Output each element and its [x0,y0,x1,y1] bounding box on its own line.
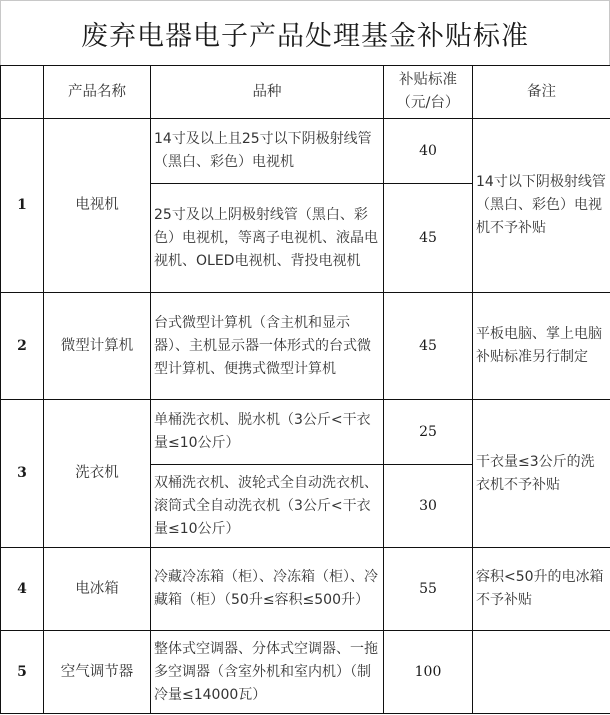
header-subsidy-line2: （元/台） [387,92,469,115]
subsidy-table: 产品名称 品种 补贴标准 （元/台） 备注 1 电视机 14寸及以上且25寸以下… [0,65,610,714]
row-index: 4 [1,548,44,631]
variety-cell: 整体式空调器、分体式空调器、一拖多空调器（含室外机和室内机）（制冷量≤14000… [151,631,384,714]
variety-cell: 双桶洗衣机、波轮式全自动洗衣机、滚筒式全自动洗衣机（3公斤<干衣量≤10公斤） [151,465,384,548]
subsidy-amount: 25 [384,400,473,465]
table-row: 2 微型计算机 台式微型计算机（含主机和显示器）、主机显示器一体形式的台式微型计… [1,293,610,400]
product-name: 空气调节器 [44,631,151,714]
product-name: 电冰箱 [44,548,151,631]
subsidy-amount: 100 [384,631,473,714]
subsidy-amount: 45 [384,293,473,400]
note-cell: 干衣量≤3公斤的洗衣机不予补贴 [473,400,610,548]
title-banner: 废弃电器电子产品处理基金补贴标准 [0,0,610,65]
header-variety: 品种 [151,66,384,119]
product-name: 洗衣机 [44,400,151,548]
product-name: 电视机 [44,119,151,293]
note-cell: 容积<50升的电冰箱不予补贴 [473,548,610,631]
subsidy-amount: 40 [384,119,473,184]
row-index: 5 [1,631,44,714]
note-cell: 14寸以下阴极射线管（黑白、彩色）电视机不予补贴 [473,119,610,293]
subsidy-amount: 30 [384,465,473,548]
variety-cell: 台式微型计算机（含主机和显示器）、主机显示器一体形式的台式微型计算机、便携式微型… [151,293,384,400]
row-index: 2 [1,293,44,400]
header-note: 备注 [473,66,610,119]
subsidy-amount: 55 [384,548,473,631]
table-row: 4 电冰箱 冷藏冷冻箱（柜）、冷冻箱（柜）、冷藏箱（柜）（50升≤容积≤500升… [1,548,610,631]
variety-cell: 25寸及以上阴极射线管（黑白、彩色）电视机，等离子电视机、液晶电视机、OLED电… [151,184,384,293]
note-cell [473,631,610,714]
table-header-row: 产品名称 品种 补贴标准 （元/台） 备注 [1,66,610,119]
table-row: 5 空气调节器 整体式空调器、分体式空调器、一拖多空调器（含室外机和室内机）（制… [1,631,610,714]
product-name: 微型计算机 [44,293,151,400]
header-index [1,66,44,119]
row-index: 3 [1,400,44,548]
note-cell: 平板电脑、掌上电脑补贴标准另行制定 [473,293,610,400]
row-index: 1 [1,119,44,293]
variety-cell: 冷藏冷冻箱（柜）、冷冻箱（柜）、冷藏箱（柜）（50升≤容积≤500升） [151,548,384,631]
header-subsidy-line1: 补贴标准 [387,69,469,92]
variety-cell: 单桶洗衣机、脱水机（3公斤<干衣量≤10公斤） [151,400,384,465]
subsidy-amount: 45 [384,184,473,293]
variety-cell: 14寸及以上且25寸以下阴极射线管（黑白、彩色）电视机 [151,119,384,184]
table-row: 3 洗衣机 单桶洗衣机、脱水机（3公斤<干衣量≤10公斤） 25 干衣量≤3公斤… [1,400,610,465]
table-row: 1 电视机 14寸及以上且25寸以下阴极射线管（黑白、彩色）电视机 40 14寸… [1,119,610,184]
header-subsidy: 补贴标准 （元/台） [384,66,473,119]
page-title: 废弃电器电子产品处理基金补贴标准 [81,14,529,53]
header-product-name: 产品名称 [44,66,151,119]
